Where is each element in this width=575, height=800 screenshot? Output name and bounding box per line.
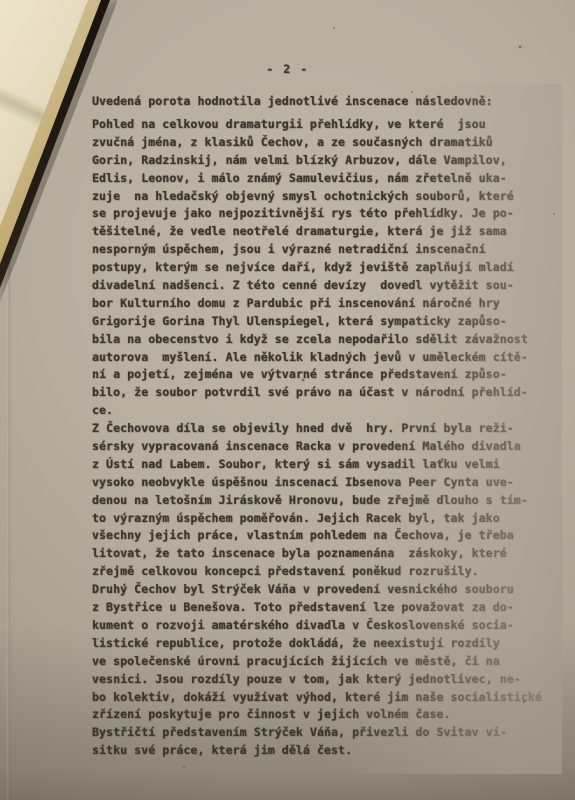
text-line: se projevuje jako nejpozitivnější rys té… [92,205,562,223]
text-line: vesnici. Jsou rozdíly pouze v tom, jak k… [92,671,562,689]
text-line: autorova myšlení. Ale několik kladných j… [92,349,562,367]
text-line: zuje na hledačský objevný smysl ochotnic… [92,188,562,206]
text-line: zřejmě celkovou koncepci představení pon… [92,563,562,581]
text-line: bila na obecenstvo i když se zcela nepod… [92,331,562,349]
text-line: nesporným úspěchem, jsou i výrazné netra… [92,241,562,259]
text-line: denou na letošním Jiráskově Hronovu, bud… [92,492,562,510]
text-line: bo kolektiv, dokáží využívat výhod, kter… [92,689,562,707]
text-line: Druhý Čechov byl Strýček Váňa v proveden… [92,581,562,599]
text-line: kument o rozvoji amatérského divadla v Č… [92,617,562,635]
text-line: Gorin, Radzinskij, nám velmi blízký Arbu… [92,152,562,170]
text-line: divadelní nadšenci. Z této cenné devízy … [92,277,562,295]
text-line: litovat, že tato inscenace byla poznamen… [92,545,562,563]
text-line: vysoko neobvykle úspěšnou inscenací Ibse… [92,474,562,492]
text-line: to výrazným úspěchem poměřován. Jejich R… [92,510,562,528]
text-line: sérsky vypracovaná inscenace Racka v pro… [92,438,562,456]
text-line: ve společenské úrovni pracujících žijící… [92,653,562,671]
document-page: - 2 - Uvedená porota hodnotila jednotliv… [0,0,575,800]
text-line: Edlis, Leonov, i málo známý Samulevičius… [92,170,562,188]
text-line: těšitelné, že vedle neotřelé dramaturgie… [92,223,562,241]
text-line: bilo, že soubor potvrdil své právo na úč… [92,384,562,402]
text-line: Bystřičtí představením Strýček Váňa, při… [92,724,562,742]
text-line: všechny jejich práce, vlastním pohledem … [92,527,562,545]
text-line: sitku své práce, která jim dělá čest. [92,742,562,760]
text-line: zřízení poskytuje pro činnost v jejich v… [92,706,562,724]
text-line: bor Kulturního domu z Pardubic při insce… [92,295,562,313]
text-line: ce. [92,402,562,420]
text-line: z Bystřice u Benešova. Toto představení … [92,599,562,617]
text-line: zvučná jména, z klasiků Čechov, a ze sou… [92,134,562,152]
text-line: ní a pojetí, zejména ve výtvarné stránce… [92,366,562,384]
heading-line: Uvedená porota hodnotila jednotlivé insc… [92,94,493,108]
text-line: Grigorije Gorina Thyl Ulenspiegel, která… [92,313,562,331]
text-line: postupy, kterým se nejvíce daří, když je… [92,259,562,277]
text-line: listické republice, protože dokládá, že … [92,635,562,653]
text-line: Z Čechovova díla se objevily hned dvě hr… [92,420,562,438]
text-line: z Ústí nad Labem. Soubor, který si sám v… [92,456,562,474]
text-line: Pohled na celkovou dramaturgii přehlídky… [92,116,562,134]
document-body: Pohled na celkovou dramaturgii přehlídky… [92,116,562,760]
